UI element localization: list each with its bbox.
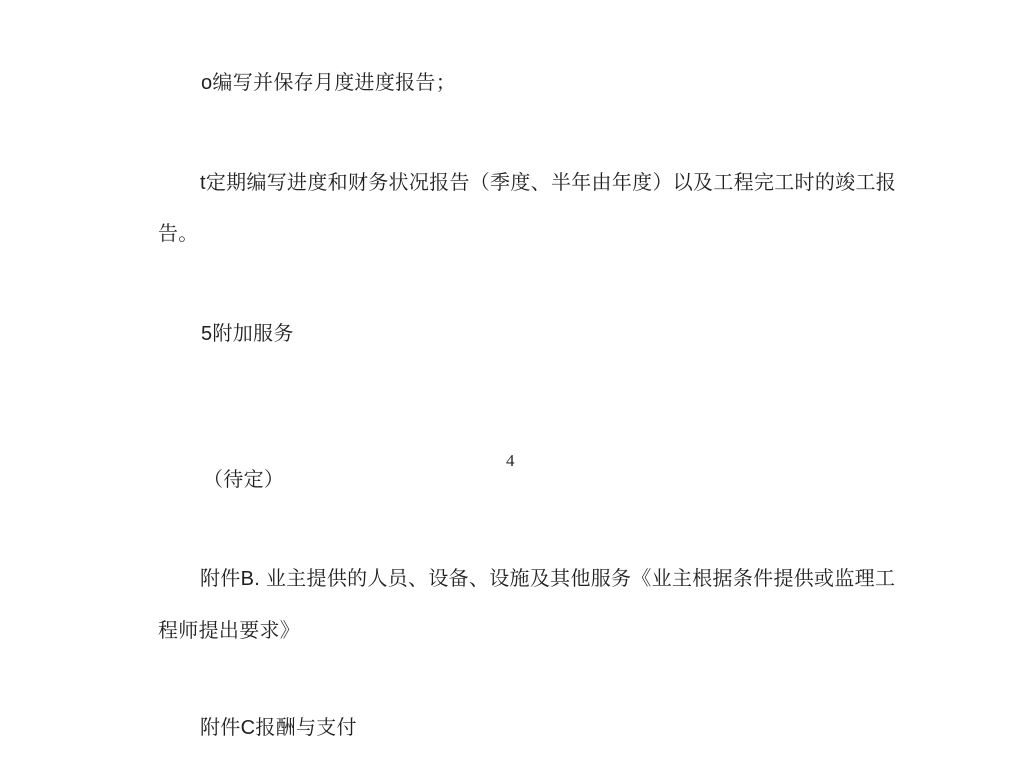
paragraph-line-tbd: （待定） <box>203 467 284 493</box>
paragraph-line-appendix-b: 附件B. 业主提供的人员、设备、设施及其他服务《业主根据条件提供或监理工 <box>200 566 895 592</box>
heading-additional-services: 5附加服务 <box>201 321 294 347</box>
paragraph-line-monthly-report: o编写并保存月度进度报告； <box>201 70 456 96</box>
paragraph-line-appendix-c: 附件C报酬与支付 <box>200 715 357 741</box>
paragraph-line-periodic-report-wrap: 告。 <box>158 221 199 247</box>
paragraph-line-periodic-report: t定期编写进度和财务状况报告（季度、半年由年度）以及工程完工时的竣工报 <box>200 170 896 196</box>
document-page: o编写并保存月度进度报告； t定期编写进度和财务状况报告（季度、半年由年度）以及… <box>0 0 1024 768</box>
page-number: 4 <box>506 451 515 471</box>
paragraph-line-appendix-b-wrap: 程师提出要求》 <box>158 618 300 644</box>
